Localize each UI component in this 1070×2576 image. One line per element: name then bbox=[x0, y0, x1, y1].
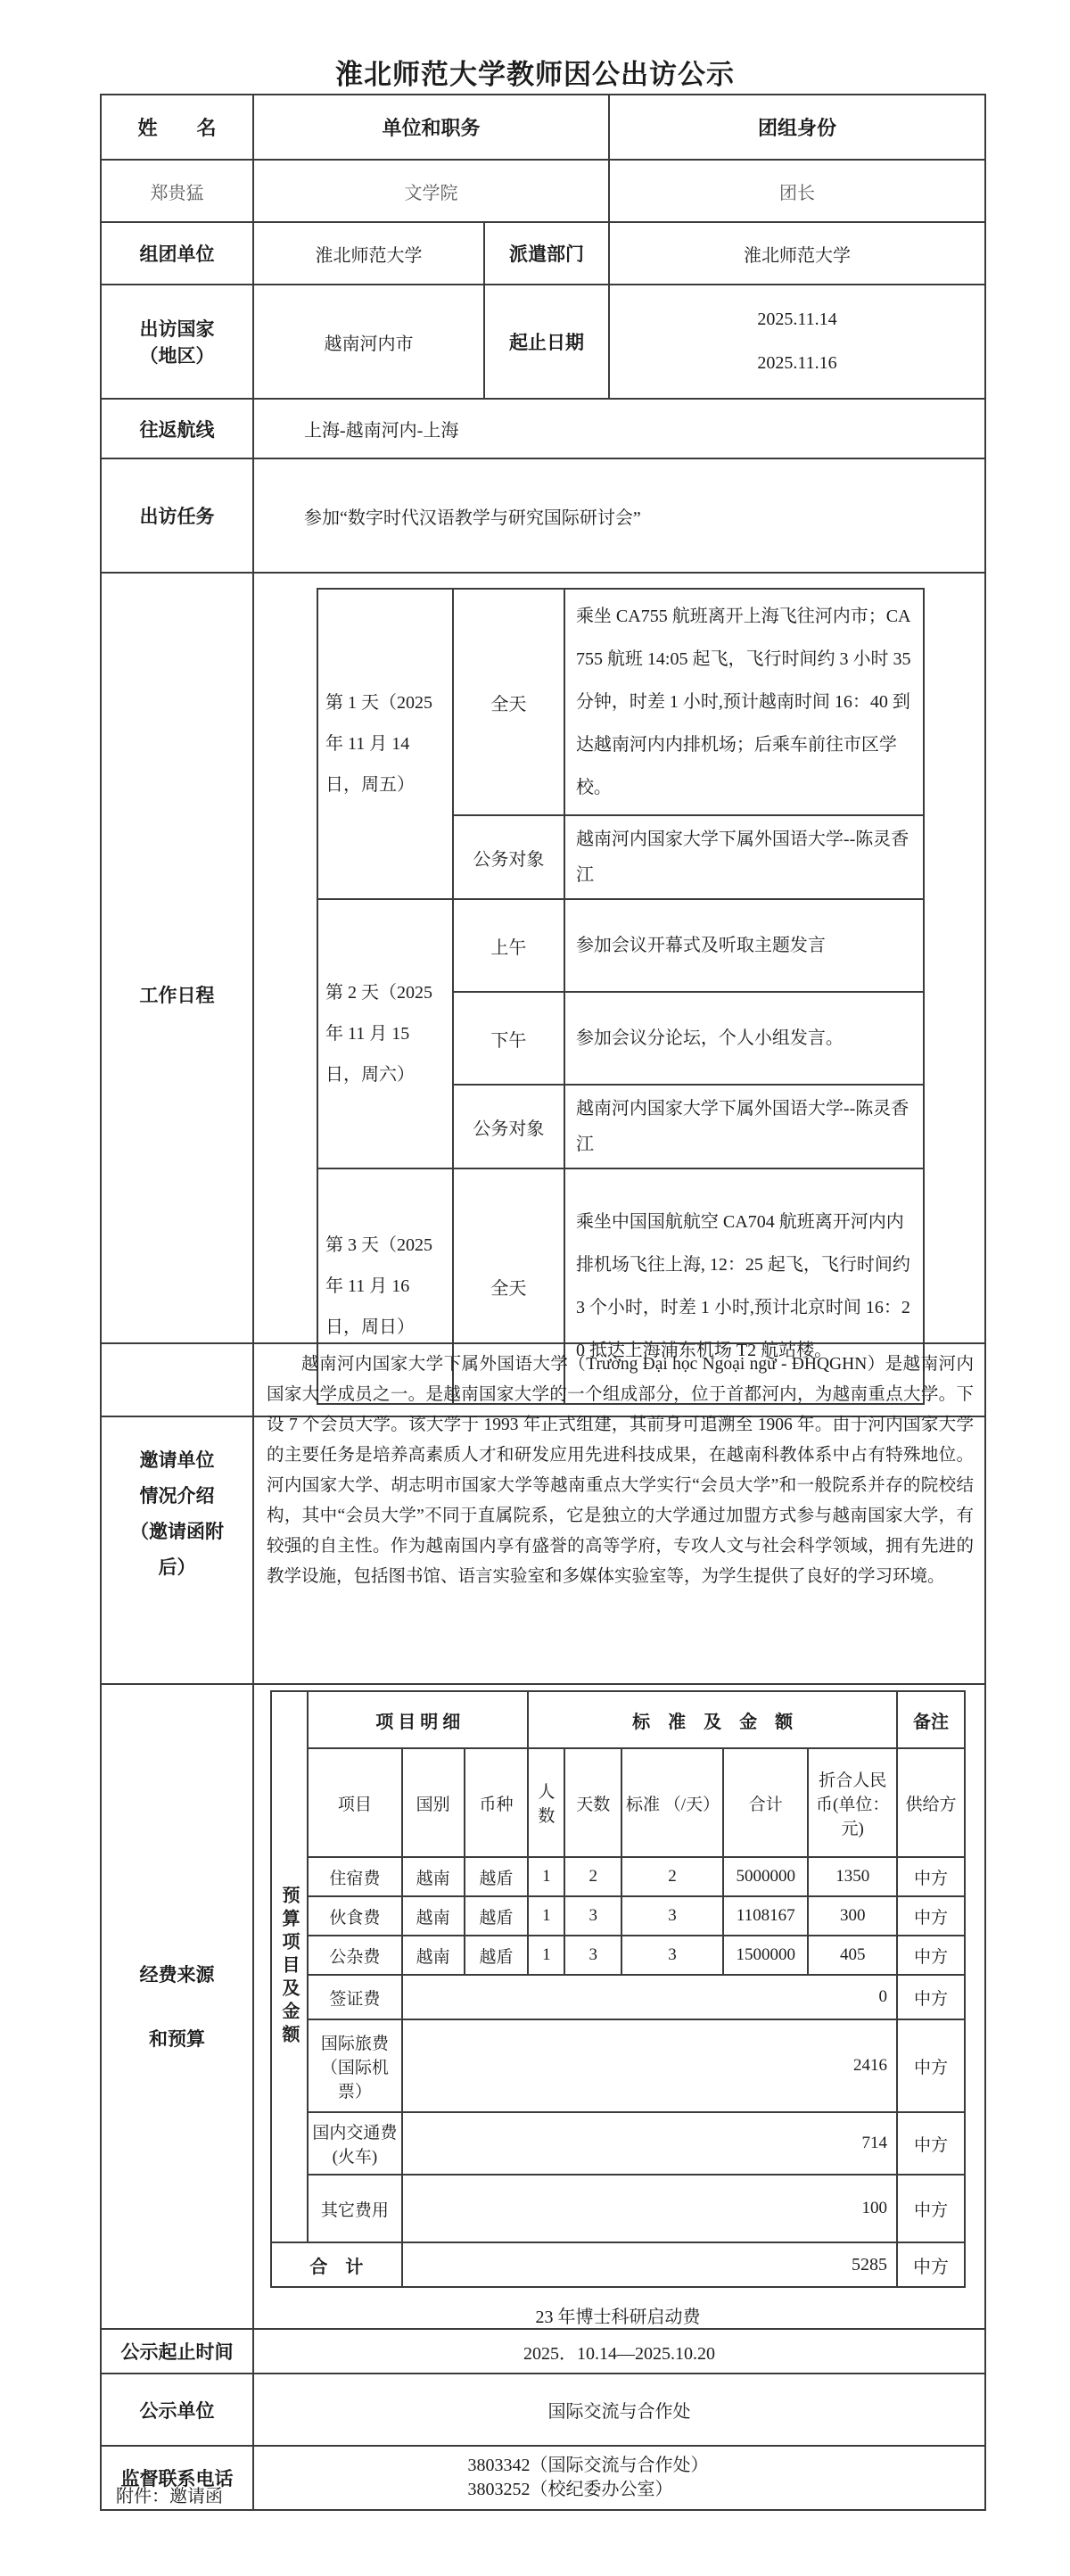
lodging-standard: 2 bbox=[621, 1857, 723, 1896]
day1-contact-label: 公务对象 bbox=[453, 815, 564, 899]
main-info-table: 姓 名 单位和职务 团组身份 郑贵猛 文学院 团长 组团单位 淮北师范大学 派遣… bbox=[100, 94, 986, 1417]
person-role: 团长 bbox=[609, 160, 985, 222]
misc-rmb: 405 bbox=[808, 1936, 897, 1975]
invite-text: 越南河内国家大学下属外国语大学（Trường Đại học Ngoại ngữ… bbox=[253, 1343, 985, 1684]
intl-travel-item: 国际旅费（国际机票） bbox=[308, 2019, 402, 2112]
day2-contact-desc: 越南河内国家大学下属外国语大学--陈灵香江 bbox=[564, 1085, 924, 1168]
supervision-phone-row: 监督联系电话 3803342（国际交流与合作处） 3803252（校纪委办公室） bbox=[101, 2446, 985, 2510]
lodging-rmb: 1350 bbox=[808, 1857, 897, 1896]
dispatch-label: 派遣部门 bbox=[484, 222, 609, 285]
person-unit: 文学院 bbox=[253, 160, 609, 222]
budget-h1-note: 备注 bbox=[897, 1691, 965, 1748]
budget-row-lodging: 住宿费 越南 越盾 1 2 2 5000000 1350 中方 bbox=[271, 1857, 965, 1896]
total-label: 合 计 bbox=[271, 2242, 402, 2287]
misc-currency: 越盾 bbox=[465, 1936, 529, 1975]
budget-side-label-cell: 预算项目及金额 bbox=[271, 1691, 308, 2242]
budget-h2-country: 国别 bbox=[402, 1748, 465, 1857]
country-label: 出访国家 （地区） bbox=[101, 285, 253, 399]
budget-h1-detail: 项 目 明 细 bbox=[308, 1691, 528, 1748]
schedule-table: 第 1 天（2025 年 11 月 14 日，周五） 全天 乘坐 CA755 航… bbox=[317, 588, 925, 1405]
budget-row: 经费来源 和预算 预算项目及金额 项 目 明 细 标 准 及 金 额 bbox=[101, 1684, 985, 2329]
page-title: 淮北师范大学教师因公出访公示 bbox=[0, 52, 1070, 92]
publicity-unit-value: 国际交流与合作处 bbox=[253, 2374, 985, 2446]
lodging-total: 5000000 bbox=[723, 1857, 808, 1896]
meals-country: 越南 bbox=[402, 1896, 465, 1936]
visa-amount: 0 bbox=[402, 1975, 897, 2019]
day2-pm-desc: 参加会议分论坛，个人小组发言。 bbox=[564, 992, 924, 1085]
schedule-row-day1-fullday: 第 1 天（2025 年 11 月 14 日，周五） 全天 乘坐 CA755 航… bbox=[317, 589, 924, 815]
budget-h2-rmb: 折合人民币(单位：元) bbox=[808, 1748, 897, 1857]
budget-row-misc: 公杂费 越南 越盾 1 3 3 1500000 405 中方 bbox=[271, 1936, 965, 1975]
budget-side-label: 预算项目及金额 bbox=[276, 1886, 302, 2048]
header-unit: 单位和职务 bbox=[253, 95, 609, 160]
misc-country: 越南 bbox=[402, 1936, 465, 1975]
budget-h2-supply: 供给方 bbox=[897, 1748, 965, 1857]
budget-row-domestic: 国内交通费(火车) 714 中方 bbox=[271, 2112, 965, 2175]
visa-item: 签证费 bbox=[308, 1975, 402, 2019]
schedule-label: 工作日程 bbox=[101, 573, 253, 1416]
day1-contact-desc: 越南河内国家大学下属外国语大学--陈灵香江 bbox=[564, 815, 924, 899]
invite-row: 邀请单位 情况介绍 （邀请函附 后） 越南河内国家大学下属外国语大学（Trườn… bbox=[101, 1343, 985, 1684]
budget-row-other: 其它费用 100 中方 bbox=[271, 2175, 965, 2242]
other-item: 其它费用 bbox=[308, 2175, 402, 2242]
budget-table: 预算项目及金额 项 目 明 细 标 准 及 金 额 备注 项目 国别 币种 人数… bbox=[270, 1690, 966, 2288]
lodging-item: 住宿费 bbox=[308, 1857, 402, 1896]
publicity-time-label: 公示起止时间 bbox=[101, 2329, 253, 2374]
budget-row-visa: 签证费 0 中方 bbox=[271, 1975, 965, 2019]
task-label: 出访任务 bbox=[101, 458, 253, 573]
budget-h1-standard: 标 准 及 金 额 bbox=[528, 1691, 897, 1748]
meals-people: 1 bbox=[528, 1896, 564, 1936]
day2-date: 第 2 天（2025 年 11 月 15 日，周六） bbox=[317, 899, 453, 1168]
org-label: 组团单位 bbox=[101, 222, 253, 285]
budget-header1: 预算项目及金额 项 目 明 细 标 准 及 金 额 备注 bbox=[271, 1691, 965, 1748]
misc-total: 1500000 bbox=[723, 1936, 808, 1975]
funding-source-note: 23 年博士科研启动费 bbox=[270, 2302, 966, 2328]
lodging-country: 越南 bbox=[402, 1857, 465, 1896]
domestic-supply: 中方 bbox=[897, 2112, 965, 2175]
budget-row-total: 合 计 5285 中方 bbox=[271, 2242, 965, 2287]
publicity-unit-row: 公示单位 国际交流与合作处 bbox=[101, 2374, 985, 2446]
budget-h2-item: 项目 bbox=[308, 1748, 402, 1857]
misc-item: 公杂费 bbox=[308, 1936, 402, 1975]
schedule-row-day2-am: 第 2 天（2025 年 11 月 15 日，周六） 上午 参加会议开幕式及听取… bbox=[317, 899, 924, 992]
budget-label: 经费来源 和预算 bbox=[101, 1684, 253, 2329]
route-row: 往返航线 上海-越南河内-上海 bbox=[101, 399, 985, 458]
attachment-note: 附件：邀请函 bbox=[116, 2481, 223, 2507]
table-header-row: 姓 名 单位和职务 团组身份 bbox=[101, 95, 985, 160]
budget-h2-people: 人数 bbox=[528, 1748, 564, 1857]
total-supply: 中方 bbox=[897, 2242, 965, 2287]
header-role: 团组身份 bbox=[609, 95, 985, 160]
lodging-people: 1 bbox=[528, 1857, 564, 1896]
person-row: 郑贵猛 文学院 团长 bbox=[101, 160, 985, 222]
day2-contact-label: 公务对象 bbox=[453, 1085, 564, 1168]
date-start: 2025.11.14 bbox=[757, 310, 836, 330]
schedule-cell: 第 1 天（2025 年 11 月 14 日，周五） 全天 乘坐 CA755 航… bbox=[253, 573, 985, 1416]
budget-header2: 项目 国别 币种 人数 天数 标准 （/天） 合计 折合人民币(单位：元) 供给… bbox=[271, 1748, 965, 1857]
budget-row-meals: 伙食费 越南 越盾 1 3 3 1108167 300 中方 bbox=[271, 1896, 965, 1936]
other-supply: 中方 bbox=[897, 2175, 965, 2242]
meals-supply: 中方 bbox=[897, 1896, 965, 1936]
publicity-time-value: 2025．10.14—2025.10.20 bbox=[253, 2329, 985, 2374]
lodging-supply: 中方 bbox=[897, 1857, 965, 1896]
lodging-currency: 越盾 bbox=[465, 1857, 529, 1896]
intl-travel-supply: 中方 bbox=[897, 2019, 965, 2112]
phone-line-1: 3803342（国际交流与合作处） bbox=[468, 2456, 709, 2475]
meals-item: 伙食费 bbox=[308, 1896, 402, 1936]
invite-label: 邀请单位 情况介绍 （邀请函附 后） bbox=[101, 1343, 253, 1684]
route-value: 上海-越南河内-上海 bbox=[253, 399, 985, 458]
budget-row-intl-travel: 国际旅费（国际机票） 2416 中方 bbox=[271, 2019, 965, 2112]
org-row: 组团单位 淮北师范大学 派遣部门 淮北师范大学 bbox=[101, 222, 985, 285]
day1-date: 第 1 天（2025 年 11 月 14 日，周五） bbox=[317, 589, 453, 899]
day2-pm-label: 下午 bbox=[453, 992, 564, 1085]
date-end: 2025.11.16 bbox=[757, 353, 836, 374]
meals-standard: 3 bbox=[621, 1896, 723, 1936]
misc-people: 1 bbox=[528, 1936, 564, 1975]
person-name: 郑贵猛 bbox=[101, 160, 253, 222]
misc-standard: 3 bbox=[621, 1936, 723, 1975]
publicity-unit-label: 公示单位 bbox=[101, 2374, 253, 2446]
total-amount: 5285 bbox=[402, 2242, 897, 2287]
route-label: 往返航线 bbox=[101, 399, 253, 458]
budget-h2-total: 合计 bbox=[723, 1748, 808, 1857]
supervision-phone-cell: 3803342（国际交流与合作处） 3803252（校纪委办公室） bbox=[253, 2446, 985, 2510]
org-value: 淮北师范大学 bbox=[253, 222, 484, 285]
publicity-time-row: 公示起止时间 2025．10.14—2025.10.20 bbox=[101, 2329, 985, 2374]
meals-rmb: 300 bbox=[808, 1896, 897, 1936]
domestic-item: 国内交通费(火车) bbox=[308, 2112, 402, 2175]
budget-cell: 预算项目及金额 项 目 明 细 标 准 及 金 额 备注 项目 国别 币种 人数… bbox=[253, 1684, 985, 2329]
day2-am-label: 上午 bbox=[453, 899, 564, 992]
meals-total: 1108167 bbox=[723, 1896, 808, 1936]
misc-days: 3 bbox=[564, 1936, 621, 1975]
phone-line-2: 3803252（校纪委办公室） bbox=[468, 2480, 673, 2499]
misc-supply: 中方 bbox=[897, 1936, 965, 1975]
budget-h2-days: 天数 bbox=[564, 1748, 621, 1857]
lower-table: 邀请单位 情况介绍 （邀请函附 后） 越南河内国家大学下属外国语大学（Trườn… bbox=[100, 1342, 986, 2511]
dates-label: 起止日期 bbox=[484, 285, 609, 399]
budget-h2-standard: 标准 （/天） bbox=[621, 1748, 723, 1857]
visa-supply: 中方 bbox=[897, 1975, 965, 2019]
other-amount: 100 bbox=[402, 2175, 897, 2242]
country-row: 出访国家 （地区） 越南河内市 起止日期 2025.11.14 2025.11.… bbox=[101, 285, 985, 399]
country-value: 越南河内市 bbox=[253, 285, 484, 399]
day1-period: 全天 bbox=[453, 589, 564, 815]
meals-days: 3 bbox=[564, 1896, 621, 1936]
intl-travel-amount: 2416 bbox=[402, 2019, 897, 2112]
document-page: 淮北师范大学教师因公出访公示 姓 名 单位和职务 团组身份 郑贵猛 文学院 团长… bbox=[0, 0, 1070, 2576]
schedule-row: 工作日程 第 1 天（2025 年 11 月 14 日，周五） 全天 乘坐 CA… bbox=[101, 573, 985, 1416]
lodging-days: 2 bbox=[564, 1857, 621, 1896]
task-row: 出访任务 参加“数字时代汉语教学与研究国际研讨会” bbox=[101, 458, 985, 573]
dates-cell: 2025.11.14 2025.11.16 bbox=[609, 285, 985, 399]
header-name: 姓 名 bbox=[101, 95, 253, 160]
meals-currency: 越盾 bbox=[465, 1896, 529, 1936]
dispatch-value: 淮北师范大学 bbox=[609, 222, 985, 285]
domestic-amount: 714 bbox=[402, 2112, 897, 2175]
day1-desc: 乘坐 CA755 航班离开上海飞往河内市；CA755 航班 14:05 起飞，飞… bbox=[564, 589, 924, 815]
day2-am-desc: 参加会议开幕式及听取主题发言 bbox=[564, 899, 924, 992]
budget-h2-currency: 币种 bbox=[465, 1748, 529, 1857]
task-value: 参加“数字时代汉语教学与研究国际研讨会” bbox=[253, 458, 985, 573]
